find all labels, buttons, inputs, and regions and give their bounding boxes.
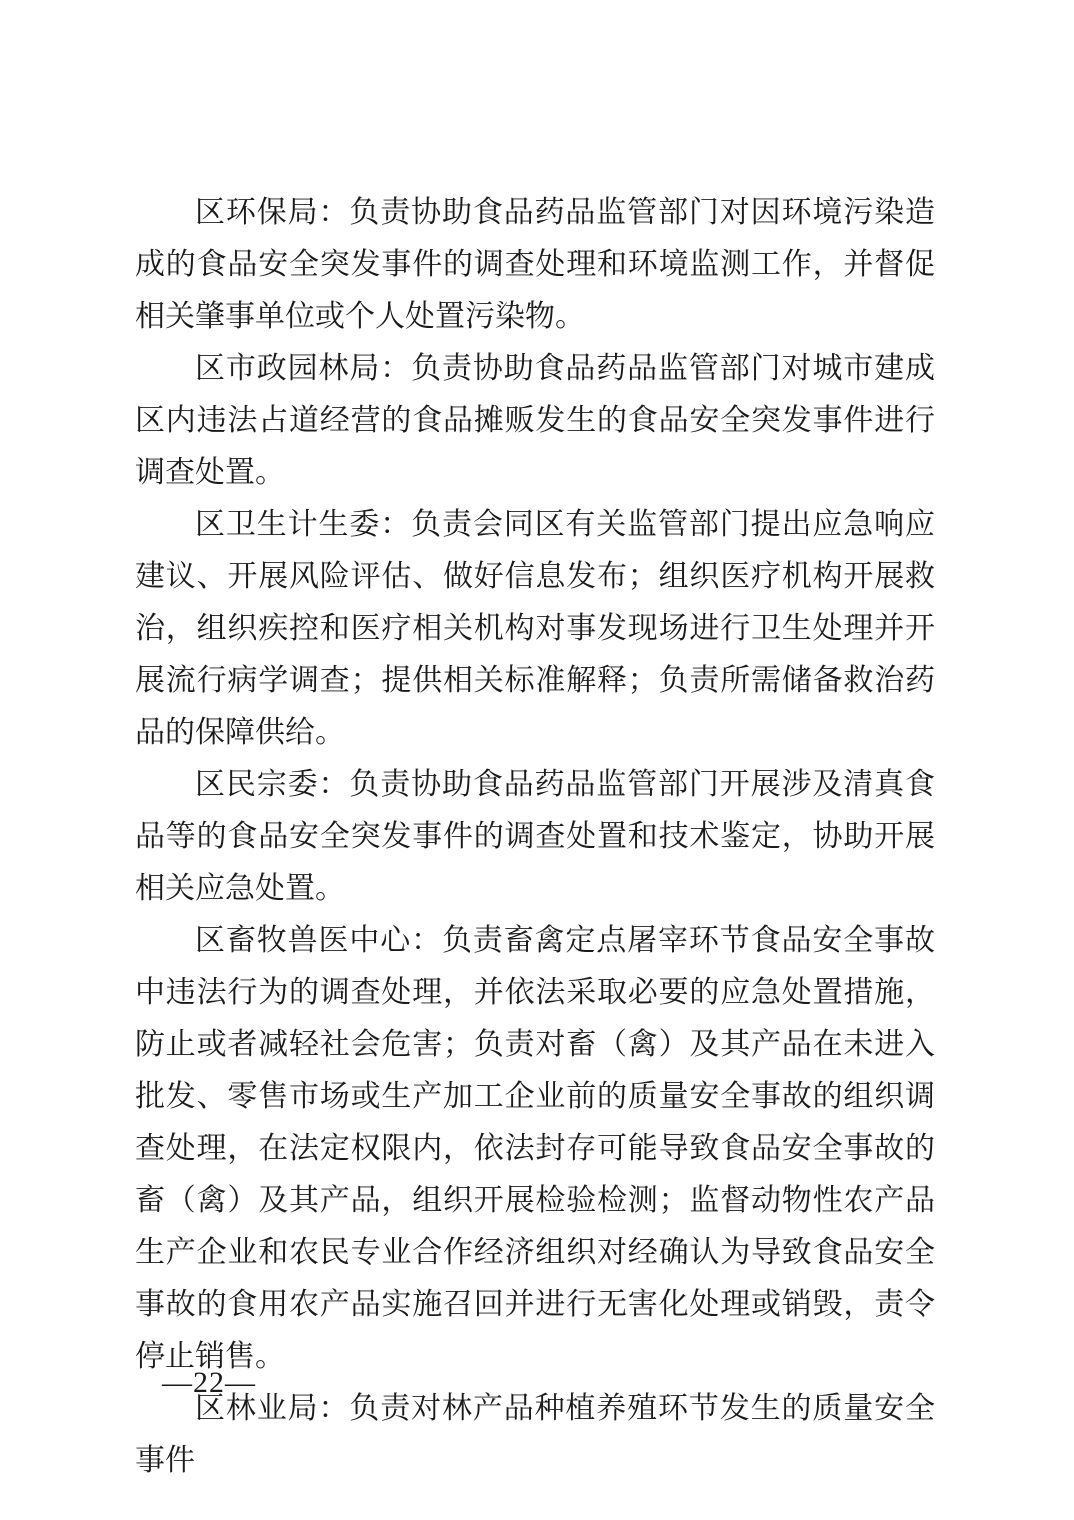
paragraph-animal-husbandry-veterinary-center: 区畜牧兽医中心：负责畜禽定点屠宰环节食品安全事故中违法行为的调查处理，并依法采取… — [135, 915, 935, 1383]
document-body: 区环保局：负责协助食品药品监管部门对因环境污染造成的食品安全突发事件的调查处理和… — [135, 187, 935, 1487]
paragraph-municipal-landscape-bureau: 区市政园林局：负责协助食品药品监管部门对城市建成区内违法占道经营的食品摊贩发生的… — [135, 343, 935, 499]
paragraph-env-protection-bureau: 区环保局：负责协助食品药品监管部门对因环境污染造成的食品安全突发事件的调查处理和… — [135, 187, 935, 343]
page-number: —22— — [162, 1357, 256, 1409]
paragraph-health-family-planning-commission: 区卫生计生委：负责会同区有关监管部门提出应急响应建议、开展风险评估、做好信息发布… — [135, 499, 935, 759]
document-page: 区环保局：负责协助食品药品监管部门对因环境污染造成的食品安全突发事件的调查处理和… — [0, 0, 1074, 1520]
paragraph-ethnic-religious-affairs-committee: 区民宗委：负责协助食品药品监管部门开展涉及清真食品等的食品安全突发事件的调查处置… — [135, 759, 935, 915]
